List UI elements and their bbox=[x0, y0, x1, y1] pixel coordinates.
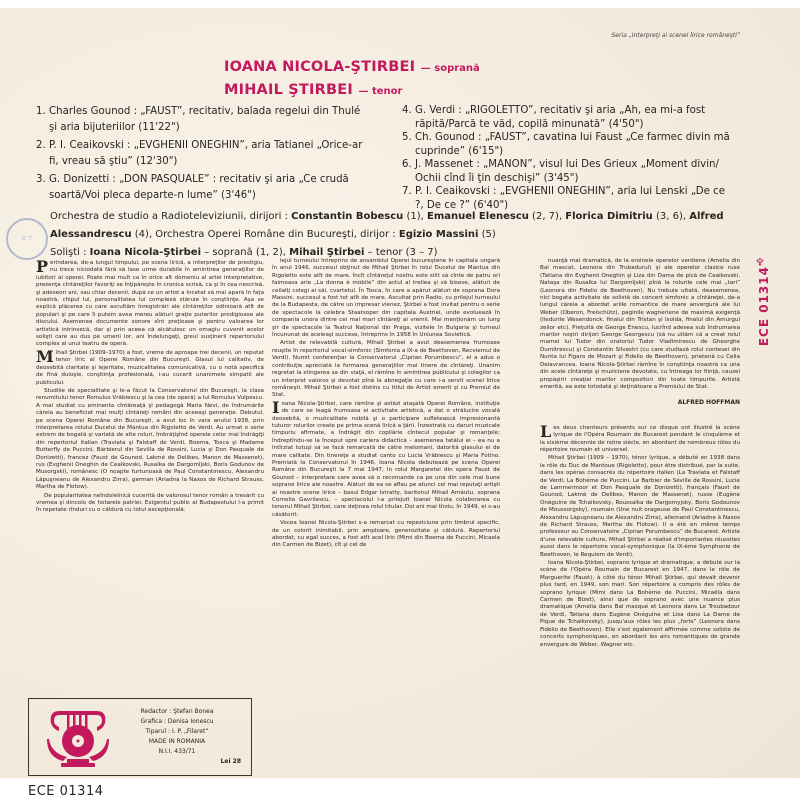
liner-paragraph: Perindarea, de-a lungul timpului, pe sce… bbox=[36, 260, 264, 349]
track-item: 3.G. Donizetti : „DON PASQUALE” : recita… bbox=[36, 172, 366, 203]
paragraph-text: lejul turneului întreprins de ansamblul … bbox=[272, 258, 500, 338]
track-number: 6. bbox=[402, 158, 415, 185]
track-item: 1.Charles Gounod : „FAUST”, recitativ, b… bbox=[36, 104, 366, 135]
catalog-number: ECE 01314 bbox=[28, 784, 104, 799]
orchestra-credits: Orchestra de studio a Radioteleviziunii,… bbox=[50, 208, 770, 244]
liner-paragraph: Les deux chanteurs présents sur ce disqu… bbox=[540, 425, 740, 455]
track-title: P. I. Ceaikovski : „EVGHENII ONEGHIN”, a… bbox=[49, 138, 366, 169]
liner-notes-column-1: Perindarea, de-a lungul timpului, pe sce… bbox=[36, 260, 264, 692]
liner-paragraph: Ioana Nicola-Ştirbei, care rămîne şi ast… bbox=[272, 401, 500, 520]
paragraph-text: Studiile de specialitate şi le-a făcut l… bbox=[36, 388, 264, 490]
track-title: G. Donizetti : „DON PASQUALE” : recitati… bbox=[49, 172, 366, 203]
paragraph-text: erindarea, de-a lungul timpului, pe scen… bbox=[36, 260, 264, 347]
catalog-number-vertical: ECE 01314 bbox=[757, 266, 771, 346]
paragraph-text: Artist de relevabilă cultură, Mihail Şti… bbox=[272, 340, 500, 398]
production-credit-line: Redactor : Ştefan Bonea bbox=[117, 707, 237, 717]
performance-credits: Orchestra de studio a Radioteleviziunii,… bbox=[50, 208, 770, 262]
track-item: 2.P. I. Ceaikovski : „EVGHENII ONEGHIN”,… bbox=[36, 138, 366, 169]
production-credit-line: Tiparul : I. P. „Filaret” bbox=[117, 727, 237, 737]
liner-paragraph: Artist de relevabilă cultură, Mihail Şti… bbox=[272, 340, 500, 399]
paragraph-text: De popularitatea neîndoielnică cucerită … bbox=[36, 493, 264, 514]
author-signature: ALFRED HOFFMAN bbox=[540, 399, 740, 406]
drop-cap: I bbox=[272, 401, 279, 415]
paragraph-text: Ioana Nicola-Ştirbei, soprano lyrique et… bbox=[540, 560, 740, 647]
series-title: Seria „Interpreţi ai scenei lirice român… bbox=[611, 32, 740, 39]
liner-paragraph: Mihail Ştirbei (1909–1970) a fost, vreme… bbox=[36, 350, 264, 387]
track-number: 1. bbox=[36, 104, 49, 135]
liner-paragraph: Studiile de specialitate şi le-a făcut l… bbox=[36, 388, 264, 492]
track-number: 2. bbox=[36, 138, 49, 169]
paragraph-text: Vocea Ioanei Nicola-Ştirbei s-a remarcat… bbox=[272, 520, 500, 548]
tracklist-right: 4.G. Verdi : „RIGOLETTO”, recitativ şi a… bbox=[402, 104, 732, 212]
track-item: 4.G. Verdi : „RIGOLETTO”, recitativ şi a… bbox=[402, 104, 732, 131]
liner-notes-column-2: lejul turneului întreprins de ansamblul … bbox=[272, 258, 500, 778]
liner-paragraph: nuanţă mai dramatică, de la eroinele ope… bbox=[540, 258, 740, 391]
ink-stamp: ᴅ ᴛ bbox=[6, 218, 48, 260]
drop-cap: M bbox=[36, 350, 54, 364]
drop-cap: L bbox=[540, 425, 551, 439]
track-title: Ch. Gounod : „FAUST”, cavatina lui Faust… bbox=[415, 131, 732, 158]
performers-header: IOANA NICOLA-ŞTIRBEI — soprană MIHAIL ŞT… bbox=[224, 56, 480, 102]
track-item: 5.Ch. Gounod : „FAUST”, cavatina lui Fau… bbox=[402, 131, 732, 158]
track-title: G. Verdi : „RIGOLETTO”, recitativ şi ari… bbox=[415, 104, 732, 131]
liner-paragraph: De popularitatea neîndoielnică cucerită … bbox=[36, 493, 264, 515]
drop-cap: P bbox=[36, 260, 48, 274]
production-credit-line: Grafica : Denisa Ionescu bbox=[117, 717, 237, 727]
paragraph-text: es deux chanteurs présents sur ce disque… bbox=[540, 425, 740, 453]
production-credits: Redactor : Ştefan BoneaGrafica : Denisa … bbox=[117, 707, 237, 757]
track-number: 5. bbox=[402, 131, 415, 158]
paragraph-text: nuanţă mai dramatică, de la eroinele ope… bbox=[540, 258, 740, 390]
track-title: J. Massenet : „MANON”, visul lui Des Gri… bbox=[415, 158, 732, 185]
tracklist-left: 1.Charles Gounod : „FAUST”, recitativ, b… bbox=[36, 104, 366, 206]
liner-paragraph: Ioana Nicola-Ştirbei, soprano lyrique et… bbox=[540, 560, 740, 649]
track-title: Charles Gounod : „FAUST”, recitativ, bal… bbox=[49, 104, 366, 135]
production-credit-line: MADE IN ROMANIA bbox=[117, 737, 237, 747]
performer-1: IOANA NICOLA-ŞTIRBEI — soprană bbox=[224, 56, 480, 79]
liner-paragraph: Vocea Ioanei Nicola-Ştirbei s-a remarcat… bbox=[272, 520, 500, 550]
paragraph-text: ihail Ştirbei (1909–1970) a fost, vreme … bbox=[36, 350, 264, 386]
liner-notes-french: Les deux chanteurs présents sur ce disqu… bbox=[540, 425, 740, 649]
electrecord-lyre-logo-icon bbox=[43, 705, 113, 769]
production-info-box: Redactor : Ştefan BoneaGrafica : Denisa … bbox=[28, 698, 252, 776]
paragraph-text: Mihail Ştirbei (1909 – 1970), ténor lyri… bbox=[540, 455, 740, 557]
liner-paragraph: Mihail Ştirbei (1909 – 1970), ténor lyri… bbox=[540, 455, 740, 559]
liner-notes-column-3: nuanţă mai dramatică, de la eroinele ope… bbox=[540, 258, 740, 778]
track-item: 6.J. Massenet : „MANON”, visul lui Des G… bbox=[402, 158, 732, 185]
production-credit-line: N.I.I. 433/71 bbox=[117, 747, 237, 757]
record-back-cover: Seria „Interpreţi ai scenei lirice român… bbox=[0, 8, 800, 778]
liner-paragraph: lejul turneului întreprins de ansamblul … bbox=[272, 258, 500, 339]
performer-2: MIHAIL ŞTIRBEI — tenor bbox=[224, 79, 480, 102]
track-number: 3. bbox=[36, 172, 49, 203]
paragraph-text: oana Nicola-Ştirbei, care rămîne şi astă… bbox=[272, 401, 500, 518]
track-number: 4. bbox=[402, 104, 415, 131]
liner-notes-romanian: nuanţă mai dramatică, de la eroinele ope… bbox=[540, 258, 740, 391]
price-label: Lei 28 bbox=[221, 758, 241, 765]
